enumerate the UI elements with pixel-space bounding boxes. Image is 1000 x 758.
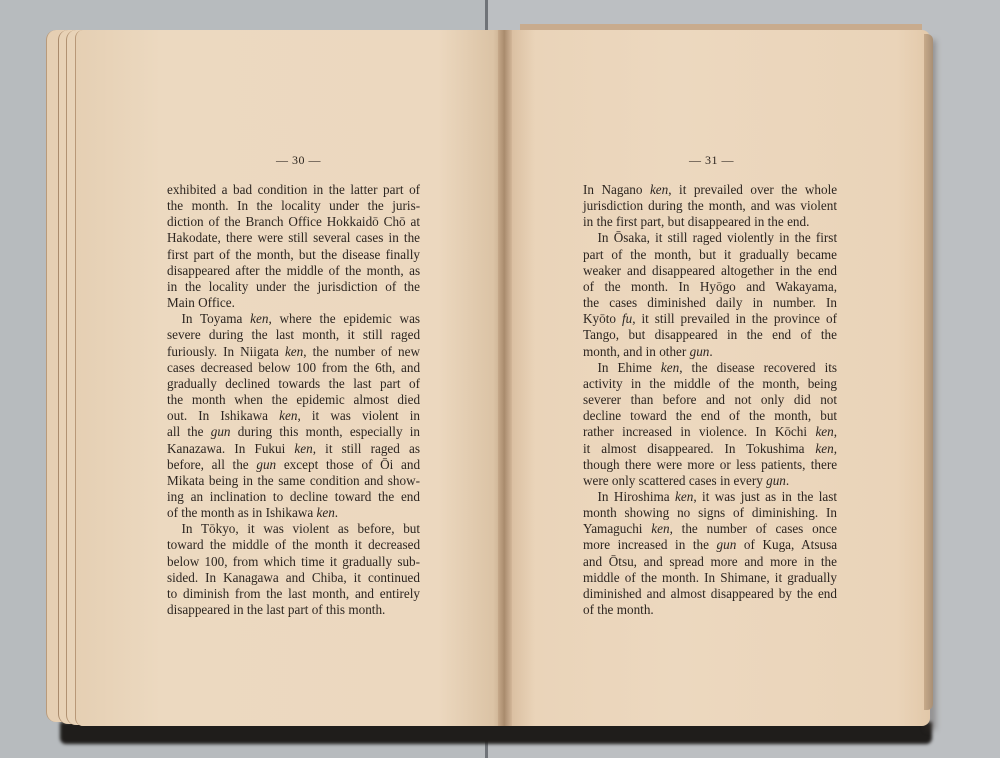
text-line: all the gun during this month, especiall…	[167, 424, 420, 440]
left-page-text: exhibited a bad condition in the latter …	[167, 182, 420, 618]
text-line: to diminish from the last month, and ent…	[167, 586, 420, 602]
text-line: of the month. In Hyōgo and Wakayama,	[583, 279, 837, 295]
text-line: it almost disappeared. In Tokushima ken,	[583, 441, 837, 457]
text-line: sided. In Kanagawa and Chiba, it continu…	[167, 570, 420, 586]
text-line: month showing no signs of diminishing. I…	[583, 505, 837, 521]
text-line: the month when the epidemic almost died	[167, 392, 420, 408]
text-line: jurisdiction during the month, and was v…	[583, 198, 837, 214]
text-line: month, and in other gun.	[583, 344, 837, 360]
text-line: in the first part, but disappeared in th…	[583, 214, 837, 230]
text-line: below 100, from which time it gradually …	[167, 554, 420, 570]
text-line: disappeared after the middle of the mont…	[167, 263, 420, 279]
text-line: In Toyama ken, where the epidemic was	[167, 311, 420, 327]
text-line: Yamaguchi ken, the number of cases once	[583, 521, 837, 537]
text-line: before, all the gun except those of Ōi a…	[167, 457, 420, 473]
right-page-text: In Nagano ken, it prevailed over the who…	[583, 182, 837, 618]
text-line: furiously. In Niigata ken, the number of…	[167, 344, 420, 360]
text-line: Main Office.	[167, 295, 420, 311]
text-line: Kyōto fu, it still prevailed in the prov…	[583, 311, 837, 327]
text-line: Mikata being in the same condition and s…	[167, 473, 420, 489]
text-line: Tango, but disappeared in the end of the	[583, 327, 837, 343]
text-line: rather increased in violence. In Kōchi k…	[583, 424, 837, 440]
text-line: the month. In the locality under the jur…	[167, 198, 420, 214]
text-line: decline toward the end of the month, but	[583, 408, 837, 424]
text-line: activity in the middle of the month, bei…	[583, 376, 837, 392]
text-line: the cases diminished daily in number. In	[583, 295, 837, 311]
page-number-right: — 31 —	[689, 153, 734, 168]
text-line: In Tōkyo, it was violent as before, but	[167, 521, 420, 537]
text-line: Kanazawa. In Fukui ken, it still raged a…	[167, 441, 420, 457]
text-line: of the month as in Ishikawa ken.	[167, 505, 420, 521]
text-line: severe during the last month, it still r…	[167, 327, 420, 343]
text-line: diction of the Branch Office Hokkaidō Ch…	[167, 214, 420, 230]
text-line: though there were more or less patients,…	[583, 457, 837, 473]
text-line: In Ehime ken, the disease recovered its	[583, 360, 837, 376]
text-line: In Hiroshima ken, it was just as in the …	[583, 489, 837, 505]
text-line: part of the month, but it gradually beca…	[583, 247, 837, 263]
text-line: toward the middle of the month it decrea…	[167, 537, 420, 553]
text-line: In Nagano ken, it prevailed over the who…	[583, 182, 837, 198]
text-line: and Ōtsu, and spread more and more in th…	[583, 554, 837, 570]
right-page-stack-edge	[924, 34, 933, 710]
text-line: severer than before and not only did not	[583, 392, 837, 408]
text-line: exhibited a bad condition in the latter …	[167, 182, 420, 198]
text-line: diminished and almost disappeared by the…	[583, 586, 837, 602]
text-line: of the month.	[583, 602, 837, 618]
text-line: ing an inclination to decline toward the…	[167, 489, 420, 505]
text-line: in the locality under the jurisdiction o…	[167, 279, 420, 295]
text-line: out. In Ishikawa ken, it was violent in	[167, 408, 420, 424]
text-line: were only scattered cases in every gun.	[583, 473, 837, 489]
text-line: middle of the month. In Shimane, it grad…	[583, 570, 837, 586]
book-gutter	[498, 30, 512, 726]
text-line: weaker and disappeared altogether in the…	[583, 263, 837, 279]
text-line: disappeared in the last part of this mon…	[167, 602, 420, 618]
page-number-left: — 30 —	[276, 153, 321, 168]
text-line: gradually declined towards the last part…	[167, 376, 420, 392]
text-line: first part of the month, but the disease…	[167, 247, 420, 263]
text-line: Hakodate, there were still several cases…	[167, 230, 420, 246]
text-line: more increased in the gun of Kuga, Atsus…	[583, 537, 837, 553]
text-line: cases decreased below 100 from the 6th, …	[167, 360, 420, 376]
text-line: In Ōsaka, it still raged violently in th…	[583, 230, 837, 246]
